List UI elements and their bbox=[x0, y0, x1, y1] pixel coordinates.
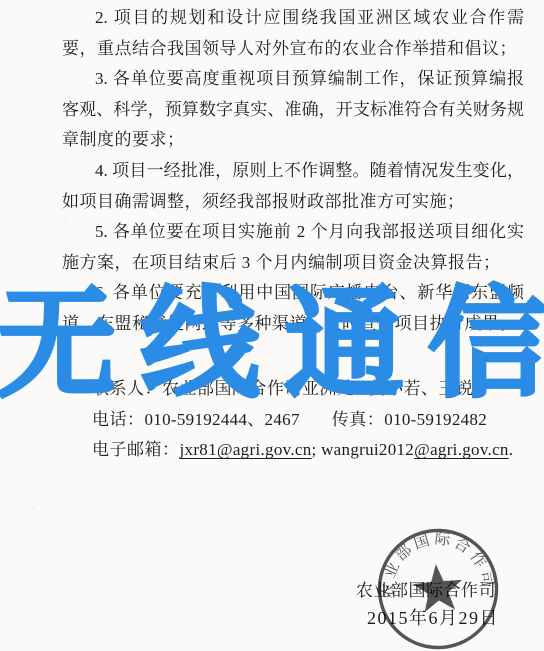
email-address-2-domain: @agri.gov.cn bbox=[414, 440, 509, 459]
text-line: 客观、科学，预算数字真实、准确，开支标准符合有关财务规 bbox=[62, 95, 524, 126]
text-line: 4. 项目一经批准，原则上不作调整。随着情况发生变化， bbox=[62, 156, 524, 187]
text-line: 要，重点结合我国领导人对外宣布的农业合作举措和倡议； bbox=[62, 34, 524, 65]
text-line: 2. 项目的规划和设计应围绕我国亚洲区域农业合作需 bbox=[62, 3, 524, 34]
watermark-text: 无线通信 bbox=[0, 283, 544, 407]
text-line: 施方案，在项目结束后 3 个月内编制项目资金决算报告； bbox=[62, 248, 524, 279]
email-separator: ; bbox=[312, 440, 322, 459]
contact-email-line: 电子邮箱：jxr81@agri.gov.cn; wangrui2012@agri… bbox=[62, 435, 524, 466]
email-period: . bbox=[509, 440, 514, 459]
text-line: 3. 各单位要高度重视项目预算编制工作，保证预算编报 bbox=[62, 64, 524, 95]
text-line: 5. 各单位要在项目实施前 2 个月向我部报送项目细化实 bbox=[62, 217, 524, 248]
text-line: 如项目确需调整，须经我部报财政部批准方可实施； bbox=[62, 187, 524, 218]
text-line: 章制度的要求； bbox=[62, 125, 524, 156]
star-icon bbox=[411, 562, 464, 613]
email-address-2-user: wangrui2012 bbox=[321, 440, 414, 459]
official-seal-stamp: 农业部国际合作司 bbox=[370, 521, 507, 651]
email-label: 电子邮箱： bbox=[92, 440, 180, 459]
email-address-1: jxr81@agri.gov.cn bbox=[180, 440, 312, 459]
